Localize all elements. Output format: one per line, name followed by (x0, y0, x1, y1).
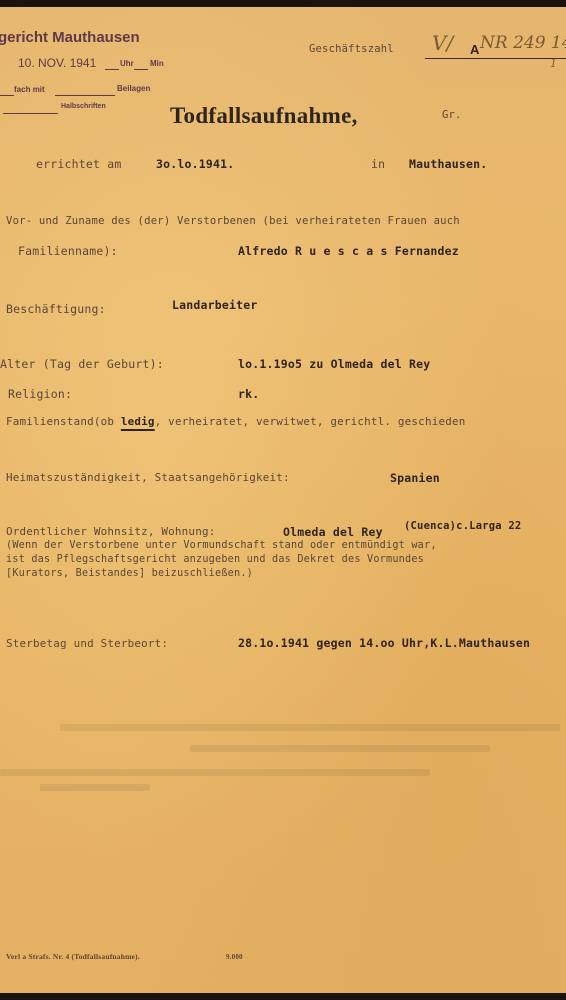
marital-status-options: , verheiratet, verwitwet, gerichtl. gesc… (155, 415, 466, 428)
title-suffix: Gr. (442, 109, 462, 121)
residence-note-line1: (Wenn der Verstorbene unter Vormundschaf… (6, 540, 437, 551)
place-value: Mauthausen. (409, 157, 487, 171)
nationality-value: Spanien (390, 471, 440, 485)
religion-label: Religion: (8, 387, 72, 401)
geschaeftszahl-subscript: 1 (550, 57, 557, 70)
nationality-label: Heimatszuständigkeit, Staatsangehörigkei… (6, 471, 290, 484)
birth-value: lo.1.19o5 zu Olmeda del Rey (238, 357, 430, 371)
document-title: Todfallsaufnahme, (170, 103, 358, 129)
geschaeftszahl-handwritten-prefix: V/ (432, 31, 453, 55)
stamp-line (3, 113, 58, 114)
birth-label: Alter (Tag der Geburt): (0, 357, 164, 371)
bleed-through-text (60, 724, 560, 731)
stamp-fach-label: fach mit (14, 85, 45, 94)
marital-status-label: Familienstand(ob (6, 415, 121, 428)
name-label-cont: Familienname): (18, 244, 118, 258)
geschaeftszahl-underline (425, 58, 566, 59)
print-code: 9.000 (226, 953, 243, 961)
stamp-line (0, 95, 14, 96)
religion-value: rk. (238, 387, 259, 401)
marital-status-selected: ledig (121, 415, 155, 428)
geschaeftszahl-number: NR 249 14 (480, 33, 566, 53)
errichtet-date: 3o.lo.1941. (156, 157, 234, 171)
bleed-through-text (190, 745, 490, 752)
stamp-uhr-label: Uhr (120, 59, 134, 68)
death-record-document: gericht Mauthausen 10. NOV. 1941 Uhr Min… (0, 7, 566, 993)
stamp-halbschriften-label: Halbschriften (61, 103, 106, 110)
bleed-through-text (0, 769, 430, 776)
bleed-through-text (40, 784, 150, 791)
name-label: Vor- und Zuname des (der) Verstorbenen (… (6, 215, 460, 227)
court-stamp-name: gericht Mauthausen (0, 29, 140, 46)
stamp-beilagen-label: Beilagen (117, 84, 150, 93)
residence-note-line3: [Kurators, Beistandes] beizuschließen.) (6, 568, 253, 579)
occupation-label: Beschäftigung: (6, 302, 106, 316)
geschaeftszahl-label: Geschäftszahl (309, 43, 394, 55)
place-label: in (371, 157, 385, 171)
death-value: 28.1o.1941 gegen 14.oo Uhr,K.L.Mauthause… (238, 636, 530, 650)
residence-note-line2: ist das Pflegschaftsgericht anzugeben un… (6, 554, 424, 565)
geschaeftszahl-stamp-letter: A (470, 42, 479, 57)
form-reference: Verl a Strafs. Nr. 4 (Todfallsaufnahme). (6, 952, 140, 961)
stamp-min-label: Min (150, 59, 164, 68)
residence-label: Ordentlicher Wohnsitz, Wohnung: (6, 525, 215, 538)
stamp-line (55, 95, 115, 96)
residence-value-extra: (Cuenca)c.Larga 22 (404, 520, 521, 532)
court-stamp-date: 10. NOV. 1941 (18, 56, 96, 70)
death-label: Sterbetag und Sterbeort: (6, 637, 168, 650)
marital-status-row: Familienstand(ob ledig, verheiratet, ver… (6, 415, 465, 428)
occupation-value: Landarbeiter (172, 298, 257, 312)
residence-value: Olmeda del Rey (283, 525, 383, 539)
errichtet-label: errichtet am (36, 157, 121, 171)
stamp-line (105, 69, 119, 70)
deceased-name: Alfredo R u e s c a s Fernandez (238, 244, 459, 258)
stamp-line (134, 69, 148, 70)
